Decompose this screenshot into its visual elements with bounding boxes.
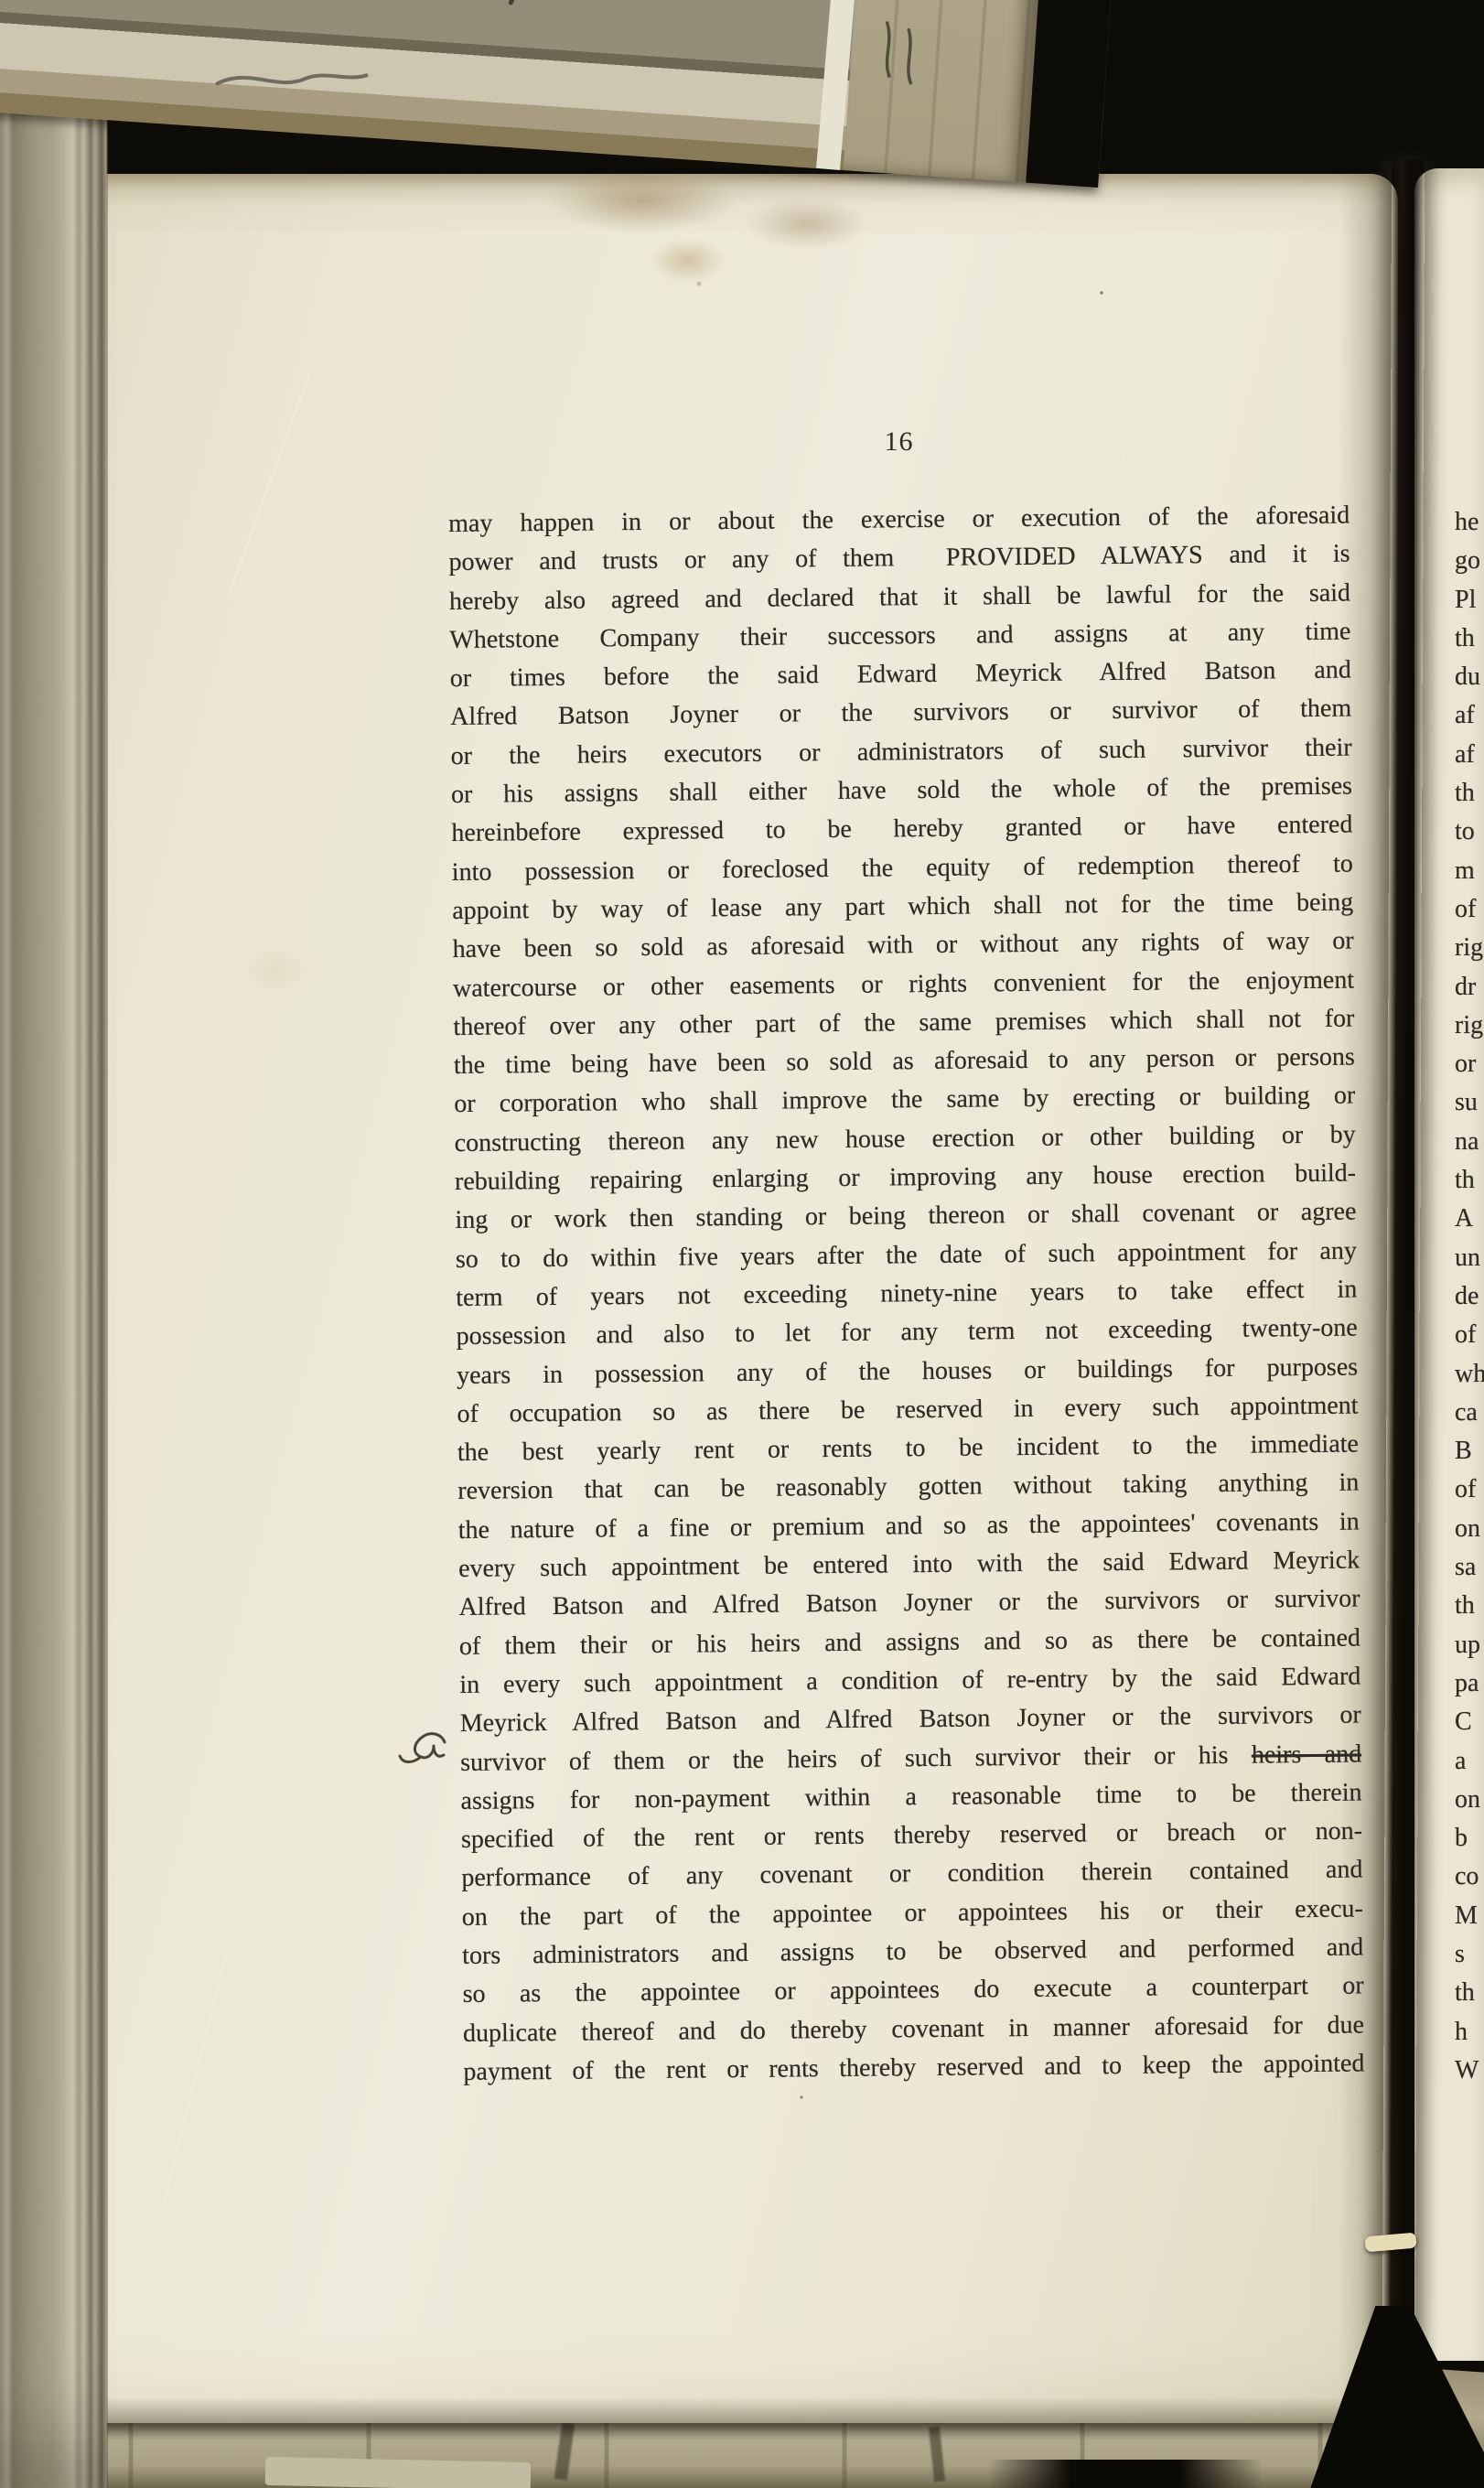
adjacent-page-text-fragment: th (1455, 619, 1484, 658)
page-number: 16 (448, 426, 1350, 458)
adjacent-page-text-fragment: na (1455, 1123, 1484, 1161)
adjacent-page-text-fragment: a (1455, 1742, 1484, 1781)
adjacent-page-text-fragment: B (1455, 1432, 1484, 1470)
adjacent-page-text-fragment: ca (1455, 1394, 1484, 1432)
photographed-book-spread: hegoPlthduafafthtomofrigdrrigorsunathAun… (0, 0, 1484, 2488)
adjacent-page-text-fragment: h (1455, 2013, 1484, 2052)
adjacent-page-text-fragment: th (1455, 1587, 1484, 1625)
adjacent-page-text-fragment: su (1455, 1083, 1484, 1122)
paper-crease (161, 1944, 230, 2211)
adjacent-page-text-fragment: th (1455, 1161, 1484, 1200)
adjacent-page-text-fragment: b (1455, 1819, 1484, 1858)
paper-crease (228, 368, 312, 594)
adjacent-page-text-fragment: co (1455, 1858, 1484, 1896)
adjacent-page-text-fragment: of (1455, 890, 1484, 929)
text-line: payment of the rent or rents thereby res… (463, 2044, 1364, 2092)
adjacent-page-text-fragment: on (1455, 1510, 1484, 1548)
adjacent-page-text-fragment: rig (1455, 929, 1484, 967)
adjacent-page-text-fragment: s (1455, 1935, 1484, 1974)
text-block: may happen in or about the exercise or e… (448, 497, 1365, 2093)
adjacent-page-text-fragment: m (1455, 852, 1484, 890)
adjacent-page-text-column: hegoPlthduafafthtomofrigdrrigorsunathAun… (1455, 503, 1484, 2090)
adjacent-page-text-fragment: he (1455, 503, 1484, 542)
adjacent-page-text-fragment: rig (1455, 1007, 1484, 1045)
adjacent-page-text-fragment: af (1455, 736, 1484, 774)
left-page-stack-edges (0, 0, 108, 2488)
adjacent-page-text-fragment: dr (1455, 968, 1484, 1007)
adjacent-page-text-fragment: W (1455, 2052, 1484, 2090)
adjacent-page-sliver: hegoPlthduafafthtomofrigdrrigorsunathAun… (1414, 168, 1484, 2361)
adjacent-page-text-fragment: Pl (1455, 581, 1484, 619)
adjacent-page-text-fragment: to (1455, 813, 1484, 851)
protruding-page-sliver (265, 2457, 532, 2488)
handwriting-scribble-1089 (0, 0, 1124, 188)
adjacent-page-text-fragment: of (1455, 1316, 1484, 1354)
adjacent-page-text-fragment: pa (1455, 1664, 1484, 1703)
adjacent-page-text-fragment: on (1455, 1781, 1484, 1819)
adjacent-page-text-fragment: go (1455, 542, 1484, 580)
adjacent-page-text-fragment: C (1455, 1703, 1484, 1741)
adjacent-page-text-fragment: A (1455, 1200, 1484, 1238)
loose-papers-top (0, 0, 1124, 188)
adjacent-page-text-fragment: th (1455, 774, 1484, 813)
adjacent-page-text-fragment: up (1455, 1626, 1484, 1664)
adjacent-page-text-fragment: af (1455, 696, 1484, 735)
adjacent-page-text-fragment: or (1455, 1045, 1484, 1083)
struck-through-text: heirs and (1252, 1739, 1362, 1769)
adjacent-page-text-fragment: un (1455, 1239, 1484, 1277)
document-page: 16 may happen in or about the exercise o… (57, 174, 1398, 2423)
adjacent-page-text-fragment: sa (1455, 1548, 1484, 1587)
bottom-shadow-gap (988, 2460, 1263, 2488)
adjacent-page-text-fragment: du (1455, 658, 1484, 696)
adjacent-page-text-fragment: of (1455, 1470, 1484, 1509)
handwritten-margin-mark-a (397, 1728, 461, 1777)
adjacent-page-text-fragment: th (1455, 1974, 1484, 2012)
adjacent-page-text-fragment: wh (1455, 1355, 1484, 1394)
adjacent-page-text-fragment: M (1455, 1897, 1484, 1935)
adjacent-page-text-fragment: de (1455, 1277, 1484, 1316)
